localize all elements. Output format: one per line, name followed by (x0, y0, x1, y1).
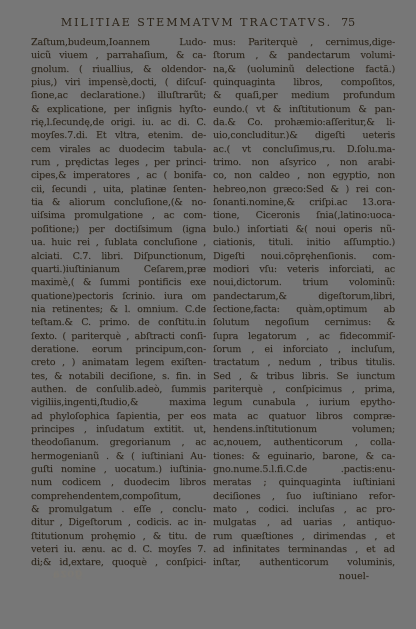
text-line: principes , inſudatum extitit. ut, (31, 423, 206, 436)
text-line: ditur , Digeſtorum , codicis. ac in- (31, 516, 206, 529)
text-line: alciati. C.7. libri. Diſpunctionum, (31, 250, 206, 263)
text-line: mus: Pariterquè , cernimus,dige- (213, 36, 395, 49)
folio-number: 75 (341, 16, 355, 29)
text-line: modiori vſu: veteris inforciati, ac (213, 263, 395, 276)
text-line: tiones: & eguinario, barone, & ca- (213, 450, 395, 463)
book-page: MILITIAE STEMMATVM TRACTATVS.75 Zaſtum,b… (0, 0, 416, 629)
text-line: co, non caldeo , non egyptio, non (213, 169, 395, 182)
text-block: Zaſtum,budeum,Ioannem Ludo-uicũ viuem , … (31, 36, 395, 570)
text-line: pariterquè , conſpicimus , prima, (213, 383, 395, 396)
text-line: rię,l.ſecundę,de origi. iu. ac di. C. (31, 116, 206, 129)
text-line: teſtam.& C. primo. de conſtitu.in (31, 316, 206, 329)
text-line: deciſiones , ſuo iuſtiniano refor- (213, 490, 395, 503)
text-line: deratione. eorum principum,con- (31, 343, 206, 356)
text-line: quinquaginta libros, compoſitos, (213, 76, 395, 89)
text-line: mata ac quatuor libros compræ- (213, 410, 395, 423)
text-line: ac,nouem, authenticorum , colla- (213, 436, 395, 449)
text-line: ſtorum , & pandectarum volumi- (213, 49, 395, 62)
text-line: theodoſianum. gregorianum , ac (31, 436, 206, 449)
text-line: & quaſi,per medium profundum (213, 89, 395, 102)
text-line: pandectarum,& digeſtorum,libri, (213, 290, 395, 303)
text-line: da.& Co. prohæmio:aſſeritur,& li- (213, 116, 395, 129)
text-line: gno.nume.5.l.fi.C.de .pactis:enu- (213, 463, 395, 476)
text-line: uiſsima promulgatione , ac com- (31, 209, 206, 222)
text-line: tes, & notabili deciſione, s. fin. in (31, 370, 206, 383)
left-column: Zaſtum,budeum,Ioannem Ludo-uicũ viuem , … (31, 36, 206, 570)
text-line: Zaſtum,budeum,Ioannem Ludo- (31, 36, 206, 49)
text-line: hebreo,non græco:Sed & ) rei con- (213, 183, 395, 196)
text-line: & promulgatum . eſſe , conclu- (31, 503, 206, 516)
text-line: noui,dictorum. trium volominũ: (213, 276, 395, 289)
text-line: Digeſti noui.cōpręhenſionis. com- (213, 250, 395, 263)
text-line: tractatum , nedum , tribus titulis. (213, 356, 395, 369)
text-line: quarti.)iuſtinianum Ceſarem,præ (31, 263, 206, 276)
text-line: maximè,( & ſummi pontificis exe (31, 276, 206, 289)
text-line: ſtitutionum prohęmio , & titu. de (31, 530, 206, 543)
text-line: creto , ) animatam legem exiſten- (31, 356, 206, 369)
text-line: ua. huic rei , ſublata concluſione , (31, 236, 206, 249)
text-line: inſtar, authenticorum voluminis, (213, 556, 395, 569)
text-line: cipes,& imperatores , ac ( bonifa- (31, 169, 206, 182)
text-line: moyſes.7.di. Et vltra, etenim. de- (31, 129, 206, 142)
text-line: trimo. non aſsyrico , non arabi- (213, 156, 395, 169)
text-line: ſupra legatorum , ac fidecommiſ- (213, 330, 395, 343)
text-line: tia & aliorum concluſione,(& no- (31, 196, 206, 209)
text-line: num codicem , duodecim libros (31, 476, 206, 489)
text-line: Sed , & tribus libris. Se iunctum (213, 370, 395, 383)
text-line: veteri iu. ænu. ac d. C. moyſes 7. (31, 543, 206, 556)
text-line: ciationis, tituli. initio aſſumptio.) (213, 236, 395, 249)
text-line: ſolutum negoſium cernimus: & (213, 316, 395, 329)
text-line: uicũ viuem , parrahaſium, & ca- (31, 49, 206, 62)
text-line: ac.( vt concluſimus,ru. D.ſolu.ma- (213, 143, 395, 156)
right-column: mus: Pariterquè , cernimus,dige-ſtorum ,… (213, 36, 395, 570)
text-line: vigiliis,ingenti,ſtudio,& maxima (31, 396, 206, 409)
text-line: hermogenianũ . & ( iuſtiniani Au- (31, 450, 206, 463)
text-line: na,& (uoluminũ delectione factā.) (213, 63, 395, 76)
text-line: nia retinentes; & l. omnium. C.de (31, 303, 206, 316)
text-line: ad infinitates terminandas , et ad (213, 543, 395, 556)
text-line: ſorum , ei inforciato , incluſum, (213, 343, 395, 356)
text-line: rum , prędictas leges , per princi- (31, 156, 206, 169)
text-line: cem virales ac duodecim tabula- (31, 143, 206, 156)
text-line: eundo.( vt & inſtitutionum & pan- (213, 103, 395, 116)
text-line: poſitione;) per doctiſsimum (igna (31, 223, 206, 236)
text-line: comprehendentem,compoſitum, (31, 490, 206, 503)
text-line: rum quæſtiones , dirimendas , et (213, 530, 395, 543)
text-line: ſectione,facta: quàm,optimum ab (213, 303, 395, 316)
text-line: meratas ; quinquaginta iuſtiniani (213, 476, 395, 489)
catchword-row: nouel- (31, 570, 395, 583)
text-line: ſione,ac declaratione.) illuſtrarũt; (31, 89, 206, 102)
text-line: ſonanti.nomine,& criſpi.ac 13.ora- (213, 196, 395, 209)
text-line: ſexto. ( pariterquè , abſtracti conſi- (31, 330, 206, 343)
text-line: legum cunabula , iurium epytho- (213, 396, 395, 409)
text-line: gnolum. ( riuallius, & oldendor- (31, 63, 206, 76)
text-line: & explicatione, per inſignis hyſto- (31, 103, 206, 116)
running-header: MILITIAE STEMMATVM TRACTATVS.75 (0, 16, 416, 29)
catchword: nouel- (339, 571, 369, 582)
text-line: tione, Ciceronis ſnia(,latino:uoca- (213, 209, 395, 222)
text-line: mulgatas , ad uarias , antiquo- (213, 516, 395, 529)
text-line: quatione)pectoris ſcrinio. iura om (31, 290, 206, 303)
text-line: hendens.inſtitutionum volumen; (213, 423, 395, 436)
text-line: ad phyloſophica ſapientia, per eos (31, 410, 206, 423)
ink-bleedthrough: goza (52, 566, 82, 580)
text-line: uio,concluditur.)& digeſti ueteris (213, 129, 395, 142)
text-line: pius,) viri impensè,docti, ( diſcuſ- (31, 76, 206, 89)
text-line: cii, ſecundi , uita, platinæ ſenten- (31, 183, 206, 196)
text-line: mato , codici. incluſas , ac pro- (213, 503, 395, 516)
text-line: bulo.) inſortiati &( noui operis nũ- (213, 223, 395, 236)
text-line: authen. de conſulib.adeò, ſummis (31, 383, 206, 396)
running-header-title: MILITIAE STEMMATVM TRACTATVS. (61, 16, 332, 29)
text-line: guſti nomine , uocatum.) iuſtinia- (31, 463, 206, 476)
